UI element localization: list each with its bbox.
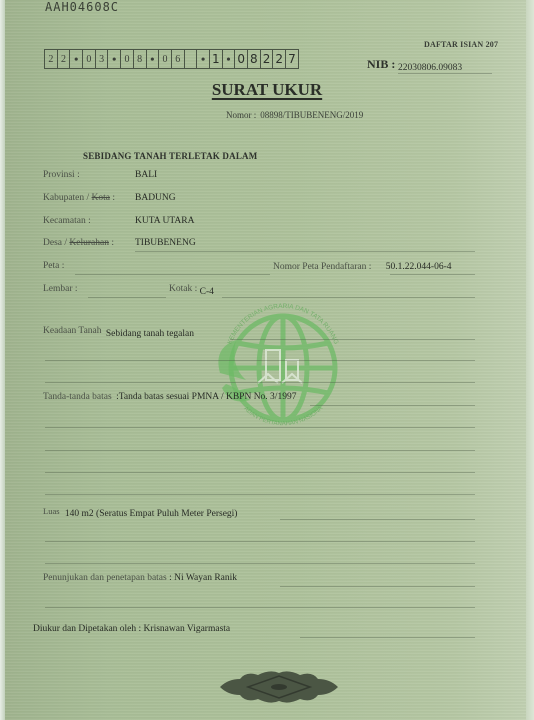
code-box-cell: 8	[133, 50, 146, 68]
code-box-cell: 1	[209, 50, 222, 68]
rule-line	[45, 563, 475, 564]
code-box-cell: 0	[82, 50, 95, 68]
nib-label: NIB :	[367, 57, 395, 72]
nib-value: 22030806.09083	[398, 63, 492, 74]
field-keadaan-tanah: Keadaan Tanah Sebidang tanah tegalan	[43, 326, 194, 336]
code-box-cell: 2	[44, 50, 57, 68]
rule-line	[45, 607, 475, 608]
field-nomor-peta: Nomor Peta Pendaftaran : 50.1.22.044-06-…	[273, 262, 451, 272]
field-lembar: Lembar :	[43, 284, 78, 294]
code-box-cell: 0	[120, 50, 133, 68]
code-box-cell: 7	[285, 50, 299, 68]
code-box-cell: 6	[171, 50, 184, 68]
rule-line	[45, 472, 475, 473]
parcel-code-boxes: 22•03•08•06•1•08227	[44, 49, 299, 69]
code-box-cell: •	[196, 50, 209, 68]
rule-line	[88, 297, 166, 298]
survey-document-page: AAH04608C 22•03•08•06•1•08227 DAFTAR ISI…	[0, 0, 534, 720]
field-luas: Luas 140 m2 (Seratus Empat Puluh Meter P…	[43, 506, 237, 517]
serial-number: AAH04608C	[45, 0, 119, 14]
paper-edge-right	[526, 0, 534, 720]
rule-line	[45, 382, 475, 383]
rule-line	[280, 519, 475, 520]
rule-line	[45, 541, 475, 542]
code-box-cell	[184, 50, 197, 68]
document-title: SURAT UKUR	[0, 80, 534, 100]
code-box-cell: •	[107, 50, 120, 68]
code-box-cell: •	[222, 50, 235, 68]
rule-line	[300, 637, 475, 638]
rule-line	[280, 586, 475, 587]
field-kabupaten: Kabupaten / Kota :BADUNG	[43, 193, 176, 203]
field-kecamatan: Kecamatan :KUTA UTARA	[43, 216, 194, 226]
field-peta: Peta :	[43, 261, 64, 271]
paper-edge-left	[0, 0, 5, 720]
location-heading: SEBIDANG TANAH TERLETAK DALAM	[83, 151, 257, 161]
field-penunjukan-batas: Penunjukan dan penetapan batas : Ni Waya…	[43, 573, 237, 583]
rule-line	[45, 494, 475, 495]
rule-line	[135, 251, 475, 252]
rule-line	[45, 450, 475, 451]
ornamental-emblem-icon	[218, 669, 340, 705]
field-tanda-batas: Tanda-tanda batas :Tanda batas sesuai PM…	[43, 392, 296, 402]
document-number: Nomor :08898/TIBUBENENG/2019	[226, 110, 363, 120]
field-desa: Desa / Kelurahan :TIBUBENENG	[43, 238, 196, 248]
bpn-logo-watermark: KEMENTERIAN AGRARIA DAN TATA RUANG BADAN…	[208, 288, 358, 438]
code-box-cell: 2	[57, 50, 70, 68]
code-box-cell: 2	[272, 50, 285, 68]
rule-line	[310, 405, 475, 406]
form-code: DAFTAR ISIAN 207	[424, 40, 498, 49]
rule-line	[45, 360, 475, 361]
field-diukur-oleh: Diukur dan Dipetakan oleh : Krisnawan Vi…	[33, 624, 230, 634]
code-box-cell: •	[69, 50, 82, 68]
code-box-cell: 3	[95, 50, 108, 68]
rule-line	[75, 274, 270, 275]
code-box-cell: 2	[260, 50, 273, 68]
rule-line	[230, 339, 475, 340]
field-provinsi: Provinsi :BALI	[43, 170, 157, 180]
code-box-cell: 0	[234, 50, 247, 68]
code-box-cell: 0	[158, 50, 171, 68]
rule-line	[390, 274, 475, 275]
code-box-cell: 8	[247, 50, 260, 68]
rule-line	[45, 427, 475, 428]
code-box-cell: •	[146, 50, 159, 68]
